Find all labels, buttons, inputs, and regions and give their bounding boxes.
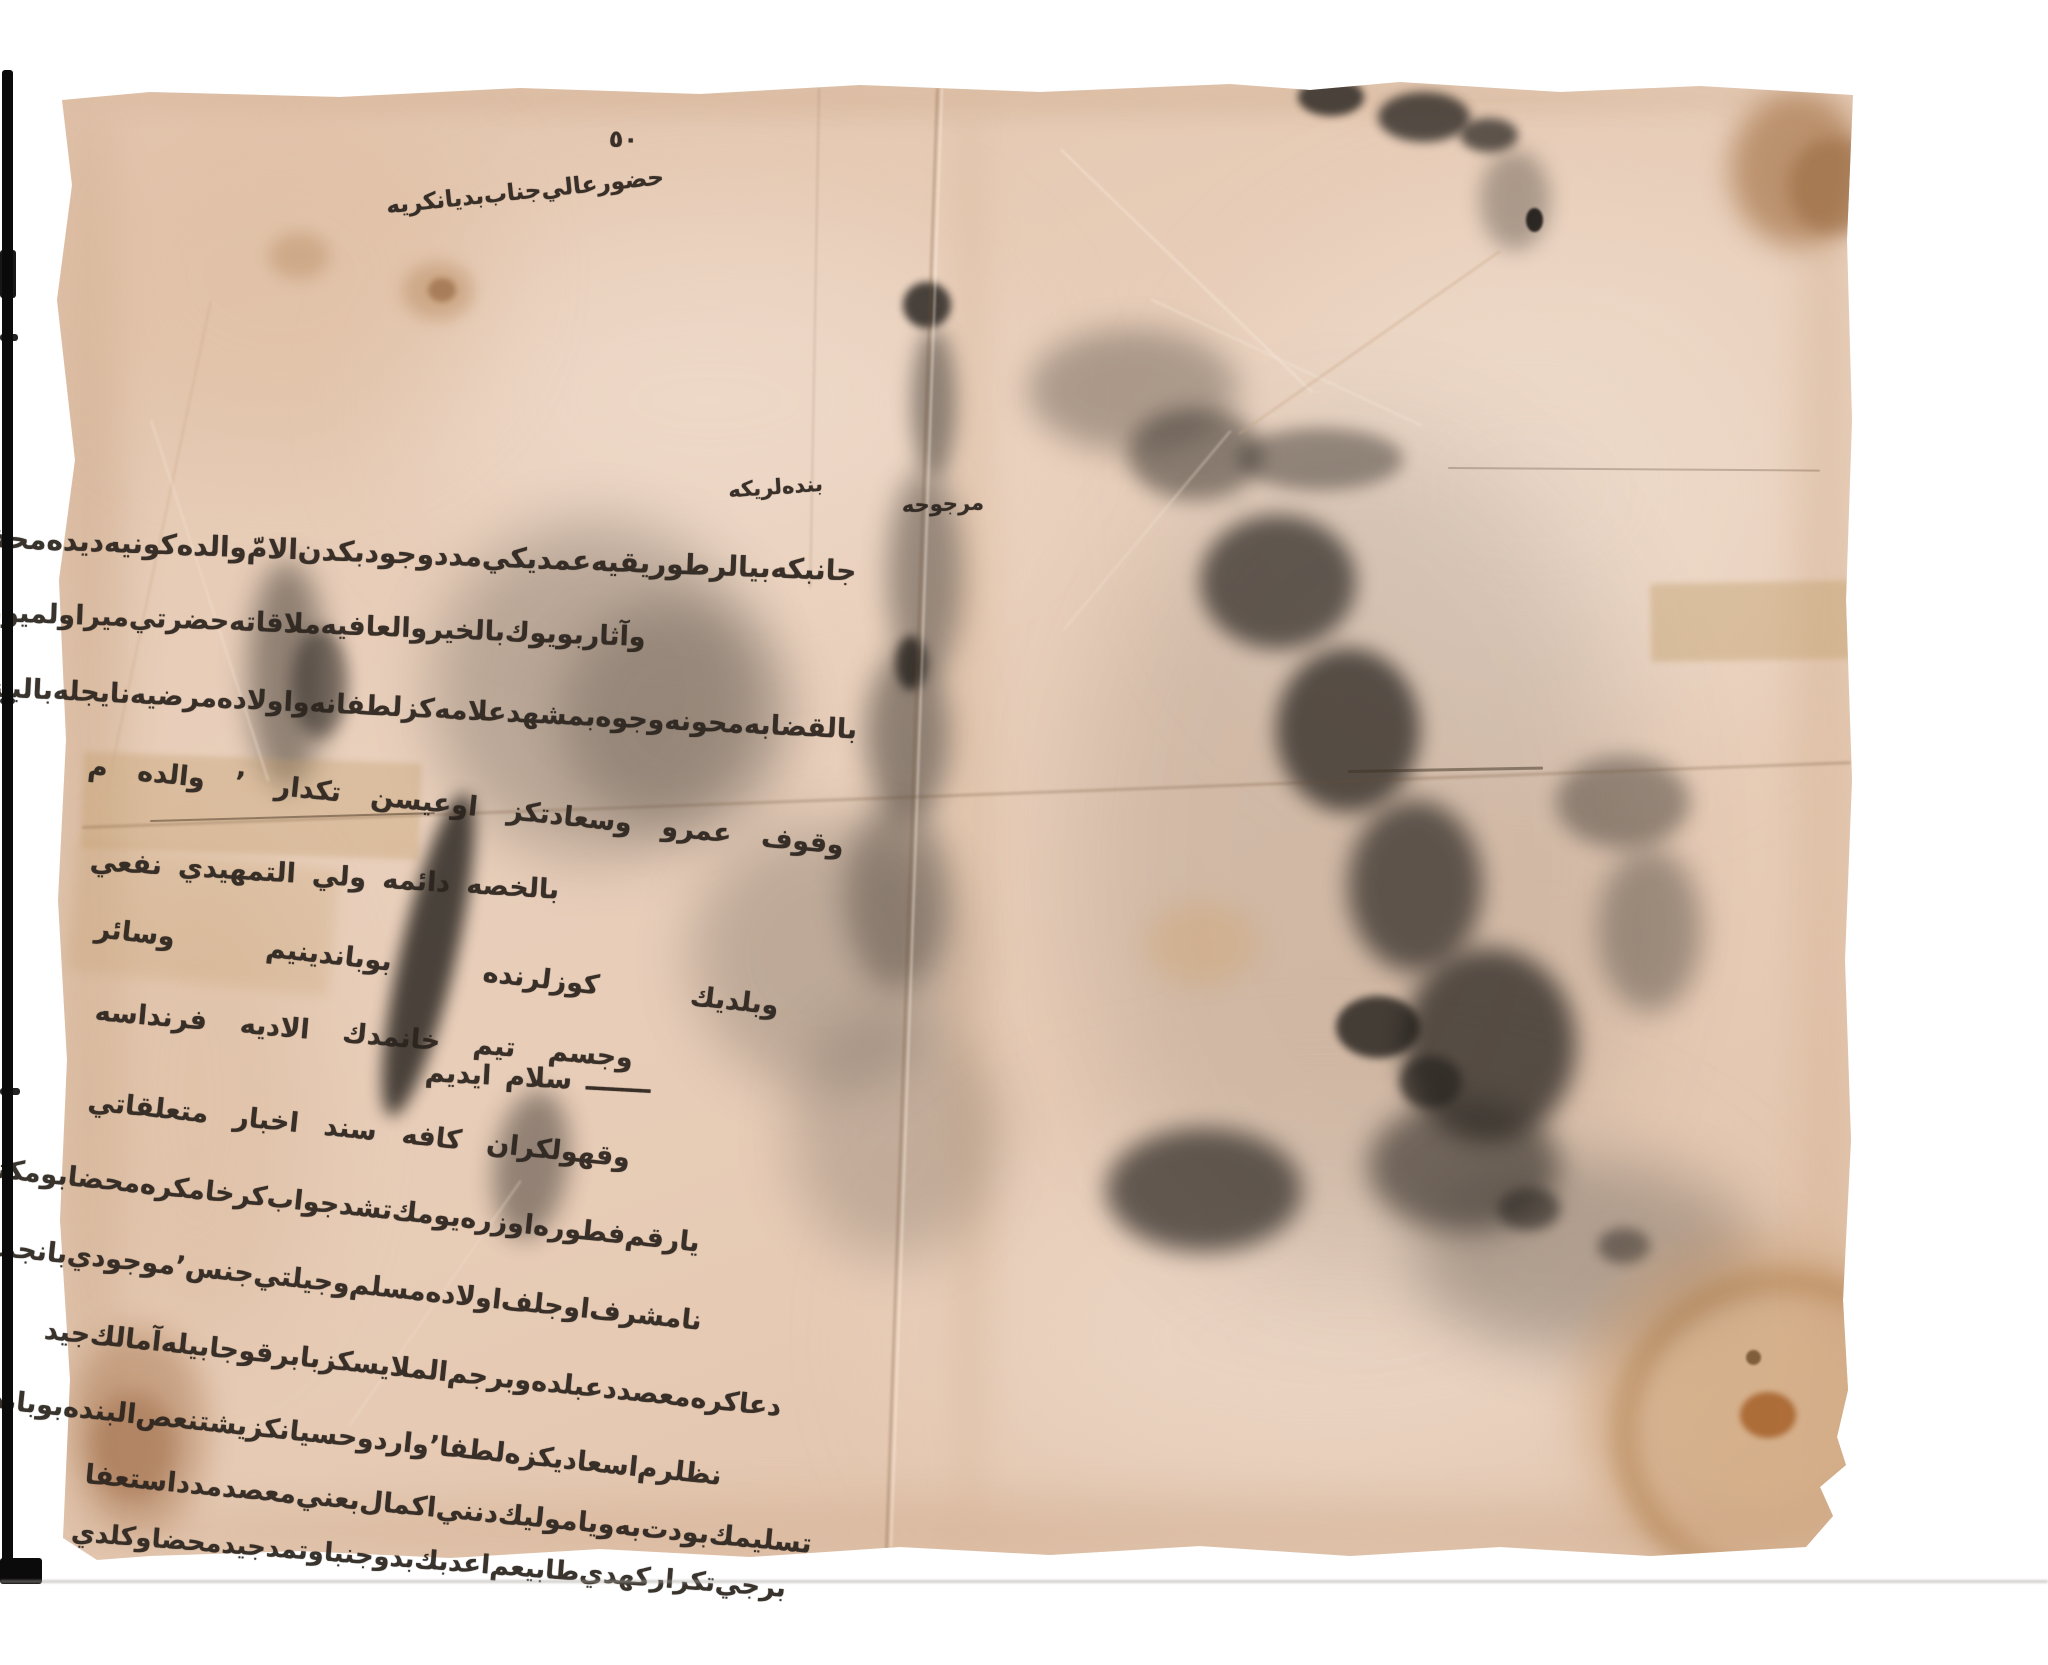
corner-brown-stain	[1730, 92, 1865, 247]
crease-highlight	[1063, 430, 1232, 630]
handwritten-word: التمهيدي	[177, 850, 297, 891]
handwritten-word: تكرار	[649, 1562, 716, 1599]
ink-smudge	[845, 800, 949, 990]
handwritten-word: به	[743, 708, 771, 743]
scanner-bar-tick	[0, 334, 18, 341]
ink-speck-cluster	[1298, 78, 1364, 116]
handwritten-word: يومك	[390, 1194, 462, 1235]
arc-smudge	[1348, 800, 1482, 972]
handwritten-word: به	[613, 1509, 643, 1545]
arc-smudge	[1276, 648, 1420, 812]
handwritten-word: محونه	[664, 704, 745, 742]
handwritten-word: مدد	[175, 1467, 224, 1505]
crease-highlight	[150, 419, 269, 781]
handwritten-word: اعد	[447, 1546, 491, 1582]
handwritten-word: بدو	[372, 1541, 415, 1577]
handwritten-word: اكمال	[358, 1485, 438, 1526]
handwritten-word: طابيعم	[489, 1550, 581, 1589]
ink-smudge	[866, 650, 950, 820]
handwritten-word: عمرو	[660, 810, 733, 851]
handwritten-word: واولاده	[216, 682, 310, 720]
handwritten-word: بالبشدر	[0, 669, 54, 708]
handwritten-word: ٬	[233, 766, 247, 801]
tape-remnant	[1650, 580, 1853, 662]
handwritten-word: بو	[39, 1157, 69, 1193]
ink-speck-cluster	[1378, 92, 1470, 142]
handwritten-word: رقم	[624, 1219, 682, 1258]
ink-streak	[248, 560, 326, 790]
handwritten-word: كهدي	[578, 1557, 651, 1595]
handwritten-word: يا	[678, 1225, 702, 1261]
coffee-ring-stain	[1658, 1312, 1854, 1508]
handwritten-word: ملاقاته	[229, 605, 322, 642]
handwritten-word: ٥٠	[609, 124, 638, 154]
arc-smudge	[1106, 1128, 1302, 1252]
handwritten-word: تشد	[338, 1189, 394, 1228]
horizontal-fold-dark-segment	[1348, 767, 1543, 773]
scanner-bar-tick	[0, 1088, 20, 1095]
handwritten-word: مكتوبي	[0, 1147, 43, 1191]
edge-shading	[60, 80, 1860, 114]
coffee-ring-stain	[1612, 1268, 1952, 1596]
edge-shading	[1795, 95, 1855, 1555]
handwritten-word: لرطوريقيه	[591, 543, 739, 584]
handwritten-word: محضا	[150, 1523, 223, 1561]
scan-background: ٥٠حضورعاليجناببديانكريهبندهلريكهمرجوحهجا…	[0, 0, 2048, 1665]
handwritten-word: بعني	[295, 1478, 362, 1518]
scanner-bar-tick	[0, 250, 16, 298]
coffee-ring-speck	[1746, 1350, 1761, 1365]
crease-shadow	[1238, 250, 1501, 435]
handwritten-word: م	[86, 750, 109, 786]
handwritten-word: مدد	[434, 537, 483, 574]
letter-paper	[0, 0, 2048, 1665]
handwritten-word: بالقضا	[770, 709, 858, 747]
handwritten-word: ولي	[311, 859, 367, 896]
arc-smudge	[1200, 515, 1356, 649]
crease-highlight	[1150, 298, 1423, 427]
handwritten-word: مرضيه	[129, 678, 218, 716]
crease-highlight	[1060, 149, 1313, 394]
ink-speck-cluster	[1598, 1228, 1650, 1264]
side-note: مرجوحه	[910, 489, 985, 518]
handwritten-word: بيا	[737, 549, 771, 585]
handwritten-word: بك	[413, 1544, 449, 1579]
handwritten-word: بنده	[781, 471, 824, 500]
ink-cloud	[790, 1010, 1000, 1260]
handwritten-word: بديا	[443, 182, 485, 215]
handwritten-word: مرجوحه	[901, 489, 984, 518]
fold-shading	[945, 95, 995, 1545]
scan-shadow-line	[0, 1580, 2048, 1583]
handwritten-word: ديده	[46, 523, 105, 560]
handwritten-word: نايجله	[52, 674, 131, 711]
handwritten-word: نا	[680, 1303, 704, 1339]
handwritten-word: كونيه	[103, 525, 177, 563]
handwritten-word: لريكه	[727, 474, 782, 504]
handwritten-word: جيد	[220, 1529, 267, 1565]
handwritten-word: وكلدي	[70, 1517, 153, 1556]
handwritten-word: وارد	[372, 1423, 431, 1462]
ink-spot	[1400, 1056, 1462, 1108]
ink-smudge	[896, 636, 926, 690]
ink-speck-cluster	[1556, 756, 1690, 848]
ink-speck-cluster	[1498, 1188, 1560, 1230]
handwritten-word: جنس	[184, 1251, 256, 1292]
light-patch	[430, 230, 990, 570]
ink-smudge	[1598, 848, 1702, 1012]
handwritten-word: جيد	[43, 1314, 92, 1352]
handwritten-word: سلام	[504, 1060, 573, 1097]
corner-brown-stain	[1788, 138, 1880, 234]
handwritten-word: الامّ	[246, 530, 298, 567]
ink-smudge	[903, 282, 951, 328]
light-patch	[950, 1150, 1710, 1530]
handwritten-word: وآثار	[583, 619, 646, 655]
arc-smudge	[1415, 1158, 1755, 1353]
handwritten-word: مير	[84, 599, 130, 634]
handwritten-word: بمشهد	[506, 696, 597, 734]
scanner-bar-foot	[0, 1558, 42, 1584]
handwritten-word: جناب	[482, 176, 542, 211]
arc-smudge-veil	[1075, 430, 1645, 1290]
handwritten-word: ـــــــ	[585, 1064, 651, 1101]
light-patch	[1250, 250, 1810, 730]
corner-shading	[70, 95, 490, 455]
handwritten-word: بوبابده	[0, 1382, 65, 1425]
handwritten-word: بودت	[640, 1512, 711, 1552]
coffee-ring-center	[1740, 1392, 1796, 1438]
yellow-stain	[1146, 902, 1258, 986]
handwritten-word: معصد	[221, 1471, 298, 1512]
ink-smudge	[912, 328, 956, 478]
handwritten-word: والعافيه	[320, 609, 428, 647]
ink-smudge	[1480, 150, 1550, 250]
handwritten-word: ويا	[576, 1506, 616, 1543]
handwritten-word: وجوه	[595, 701, 666, 738]
arc-smudge	[1402, 948, 1576, 1142]
handwritten-word: علامه	[434, 693, 508, 730]
coffee-ring-stain	[1580, 1238, 1932, 1570]
ink-smudge	[1028, 328, 1238, 452]
handwritten-word: بالخصه	[465, 868, 560, 907]
handwritten-word: ايديم	[424, 1056, 492, 1093]
handwritten-word: والده	[176, 528, 248, 566]
handwritten-word: بانجمعات	[0, 1226, 69, 1272]
handwritten-word: وجودبكدن	[297, 532, 435, 572]
ink-spot	[1336, 996, 1420, 1058]
vertical-fold-crease	[885, 88, 939, 1557]
handwritten-word: الاديه	[238, 1008, 310, 1048]
handwritten-word: تكدار	[273, 770, 342, 810]
handwritten-word: نكريه	[385, 186, 447, 221]
handwritten-word: حضرتي	[128, 601, 230, 639]
ink-fleck	[1526, 208, 1543, 232]
handwritten-word: دائمه	[382, 863, 452, 901]
ink-speck-cluster	[1460, 118, 1518, 152]
handwritten-word: جانبكه	[770, 550, 857, 588]
handwritten-word: عالي	[540, 170, 599, 204]
handwritten-word: اولميويه	[0, 595, 85, 633]
page-number-mark: ٥٠	[602, 124, 638, 154]
scanner-edge-bar	[2, 70, 13, 1572]
brown-spot	[428, 278, 456, 302]
handwritten-word: اخبار	[232, 1100, 301, 1140]
handwritten-word: برجي	[714, 1567, 787, 1605]
handwritten-word: نفعي	[89, 845, 163, 883]
handwritten-word: سند	[322, 1110, 378, 1149]
handwritten-word: بويوك	[504, 616, 584, 653]
handwritten-word: كز	[401, 691, 435, 726]
arc-smudge	[1368, 1100, 1560, 1232]
handwritten-word: دنني	[435, 1492, 500, 1532]
handwritten-word: محفوظ	[0, 519, 47, 558]
handwritten-word: بالخير	[427, 613, 506, 650]
brown-spot	[402, 262, 474, 320]
brown-spot	[268, 232, 330, 280]
pencil-scratch-line	[1448, 467, 1820, 472]
handwritten-word: والده	[136, 755, 207, 796]
ink-speck-cluster	[1238, 428, 1403, 490]
handwritten-word: لطفانه	[309, 687, 403, 725]
arc-smudge	[1128, 408, 1262, 500]
handwritten-word: بابر	[272, 1338, 322, 1377]
vertical-crease	[809, 88, 820, 588]
vertical-fold-highlight	[890, 88, 943, 1547]
handwritten-word: عمديكي	[481, 539, 591, 578]
handwritten-word: لطفا	[438, 1430, 507, 1470]
handwritten-word: كافه	[400, 1118, 463, 1158]
